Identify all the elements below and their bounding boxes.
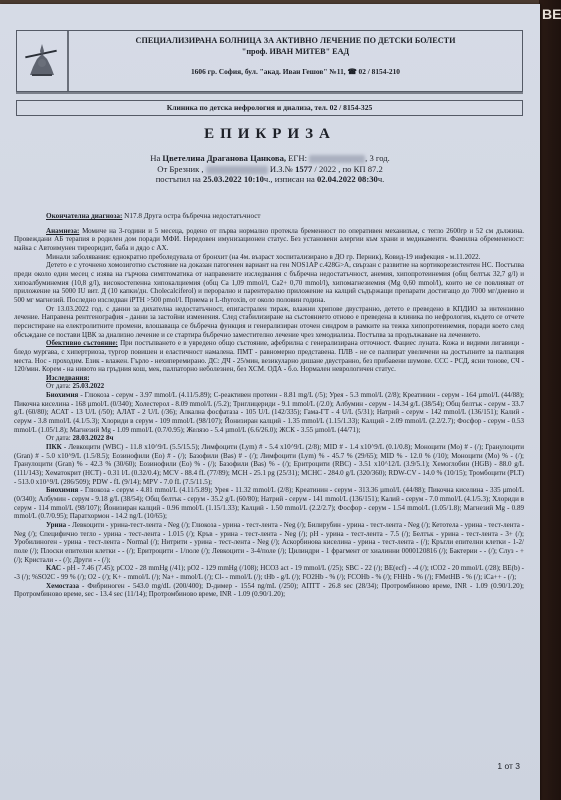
past-diseases-paragraph: Минали заболявания: еднократно преболеду… (14, 253, 524, 262)
history-paragraph: Детето е с уточнено хомозиготно състояни… (14, 261, 524, 304)
hospital-address: 1606 гр. София, бул. "акад. Иван Гешов" … (69, 67, 522, 76)
clinic-name: Клиника по детска нефрология и диализа, … (16, 100, 523, 116)
investigation-date-2: От дата: 28.03.2022 8ч (46, 434, 524, 443)
hospital-header-text: СПЕЦИАЛИЗИРАНА БОЛНИЦА ЗА АКТИВНО ЛЕЧЕНИ… (69, 35, 522, 76)
complete-blood-count: ПКК - Левкоцити (WBC) - 11.8 x10^9/L (5.… (14, 443, 524, 486)
hospital-header: СПЕЦИАЛИЗИРАНА БОЛНИЦА ЗА АКТИВНО ЛЕЧЕНИ… (16, 30, 523, 92)
final-diagnosis: Окончателна диагноза: N17.8 Друга остра … (46, 212, 524, 221)
document-body: Окончателна диагноза: N17.8 Друга остра … (14, 212, 524, 599)
hospital-logo (17, 31, 69, 91)
investigations-heading: Изследвания: (46, 374, 524, 383)
redacted-egn (309, 155, 365, 163)
document-title: ЕПИКРИЗА (0, 126, 540, 143)
discharged-date: 02.04.2022 08:30 (317, 174, 378, 184)
hemostasis: Хемостаза - Фибриноген - 543.0 mg/dL (20… (14, 582, 524, 599)
patient-info: На Цветелина Драганова Цанкова, ЕГН: , 3… (0, 153, 540, 185)
photo-background-right: BE (539, 0, 561, 800)
hospital-name: СПЕЦИАЛИЗИРАНА БОЛНИЦА ЗА АКТИВНО ЛЕЧЕНИ… (69, 35, 522, 46)
patient-line-3: постъпил на 25.03.2022 10:10ч., изписан … (0, 174, 540, 185)
patient-age: , 3 год. (365, 153, 390, 163)
anamnesis-paragraph: Анамнеза: Момиче на 3-години и 5 месеца,… (14, 227, 524, 253)
document-page: СПЕЦИАЛИЗИРАНА БОЛНИЦА ЗА АКТИВНО ЛЕЧЕНИ… (0, 4, 540, 800)
objective-status-paragraph: Обективно състояние: При постъпването е … (14, 339, 524, 374)
page-number: 1 от 3 (497, 761, 520, 771)
course-paragraph: От 13.03.2022 год. с данни за дихателна … (14, 305, 524, 340)
iz-number: 1577 (295, 164, 312, 174)
patient-line-1: На Цветелина Драганова Цанкова, ЕГН: , 3… (0, 153, 540, 164)
blood-gas: КАС - pH - 7.46 (7.45); pCO2 - 28 mmHg (… (14, 564, 524, 581)
background-edge-text: BE (542, 6, 561, 22)
hospital-subname: "проф. ИВАН МИТЕВ" ЕАД (69, 46, 522, 57)
patient-line-2: От Брезник , И.З.№ 1577 / 2022 , по КП 8… (0, 164, 540, 175)
patient-name: Цветелина Драганова Цанкова, (162, 153, 286, 163)
biochemistry-1: Биохимия - Глюкоза - серум - 3.97 mmol/L… (14, 391, 524, 434)
redacted-address (206, 166, 268, 174)
admitted-date: 25.03.2022 10:10 (203, 174, 264, 184)
biochemistry-2: Биохимия - Глюкоза - серум - 4.81 mmol/L… (14, 486, 524, 521)
urinalysis: Урина - Левкоцити - урина-тест-лента - N… (14, 521, 524, 564)
investigation-date-1: От дата: 25.03.2022 (46, 382, 524, 391)
hospital-crest-icon (27, 41, 57, 81)
